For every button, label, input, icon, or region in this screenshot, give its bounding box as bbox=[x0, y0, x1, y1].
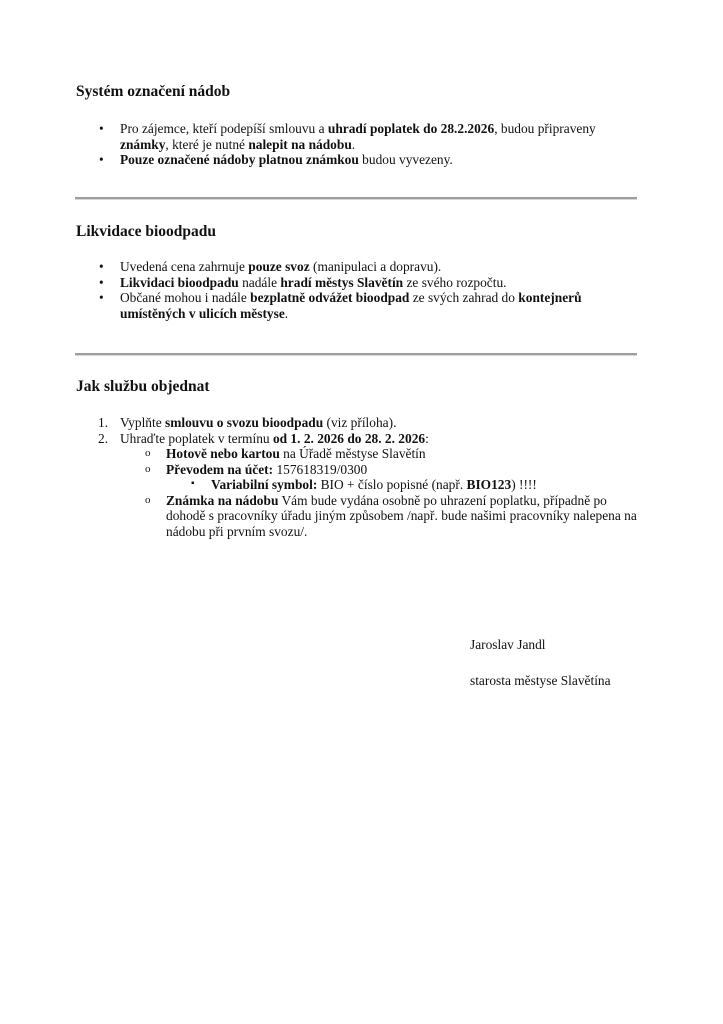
bold-text: známky bbox=[120, 137, 165, 152]
bold-text: Variabilní symbol: bbox=[211, 477, 317, 492]
text: (manipulaci a dopravu). bbox=[310, 259, 442, 274]
section-heading-likvidace: Likvidace bioodpadu bbox=[76, 224, 216, 240]
list-marker: o bbox=[145, 493, 151, 509]
text: . bbox=[285, 306, 288, 321]
sub-list: oHotově nebo kartou na Úřadě městyse Sla… bbox=[120, 446, 641, 539]
sub-list-item: oZnámka na nádobu Vám bude vydána osobně… bbox=[120, 493, 641, 540]
sub-list-item: oPřevodem na účet: 157618319/0300▪Variab… bbox=[120, 462, 641, 493]
list-marker: o bbox=[145, 446, 151, 462]
bold-text: Převodem na účet: bbox=[166, 462, 273, 477]
text: Občané mohou i nadále bbox=[120, 290, 250, 305]
text: BIO + číslo popisné (např. bbox=[317, 477, 466, 492]
list-item: •Pro zájemce, kteří podepíší smlouvu a u… bbox=[76, 121, 641, 152]
text: Uvedená cena zahrnuje bbox=[120, 259, 248, 274]
sub-sub-list-item: ▪Variabilní symbol: BIO + číslo popisné … bbox=[166, 477, 641, 493]
text: nadále bbox=[239, 275, 281, 290]
list-marker: 2. bbox=[98, 431, 108, 447]
bold-text: BIO123 bbox=[467, 477, 512, 492]
text: ze svých zahrad do bbox=[409, 290, 518, 305]
bold-text: pouze svoz bbox=[248, 259, 309, 274]
text: Uhraďte poplatek v termínu bbox=[120, 431, 273, 446]
horizontal-rule bbox=[75, 353, 637, 356]
sub-list-item: oHotově nebo kartou na Úřadě městyse Sla… bbox=[120, 446, 641, 462]
bold-text: Hotově nebo kartou bbox=[166, 446, 280, 461]
text: Pro zájemce, kteří podepíší smlouvu a bbox=[120, 121, 328, 136]
list-oznaceni: •Pro zájemce, kteří podepíší smlouvu a u… bbox=[76, 121, 641, 168]
list-likvidace: •Uvedená cena zahrnuje pouze svoz (manip… bbox=[76, 259, 641, 321]
section-heading-oznaceni: Systém označení nádob bbox=[76, 84, 230, 100]
bold-text: smlouvu o svozu bioodpadu bbox=[165, 415, 323, 430]
bold-text: nalepit na nádobu bbox=[248, 137, 351, 152]
bold-text: Likvidaci bioodpadu bbox=[120, 275, 239, 290]
list-objednat: 1.Vyplňte smlouvu o svozu bioodpadu (viz… bbox=[76, 415, 641, 539]
list-item: •Občané mohou i nadále bezplatně odvážet… bbox=[76, 290, 641, 321]
bold-text: hradí městys Slavětín bbox=[280, 275, 403, 290]
signature-title: starosta městyse Slavětína bbox=[470, 673, 611, 689]
text: budou vyvezeny. bbox=[359, 152, 453, 167]
text: : bbox=[425, 431, 429, 446]
list-item: •Pouze označené nádoby platnou známkou b… bbox=[76, 152, 641, 168]
text: ) !!!! bbox=[511, 477, 537, 492]
text: , budou připraveny bbox=[494, 121, 596, 136]
list-marker: • bbox=[99, 152, 104, 168]
signature-name: Jaroslav Jandl bbox=[470, 637, 546, 653]
bold-text: Známka na nádobu bbox=[166, 493, 278, 508]
list-marker: • bbox=[99, 275, 104, 291]
text: , které je nutné bbox=[165, 137, 248, 152]
bold-text: bezplatně odvážet bioodpad bbox=[250, 290, 409, 305]
text: ze svého rozpočtu. bbox=[403, 275, 506, 290]
list-marker: 1. bbox=[98, 415, 108, 431]
list-item: •Uvedená cena zahrnuje pouze svoz (manip… bbox=[76, 259, 641, 275]
text: 157618319/0300 bbox=[273, 462, 367, 477]
sub-sub-list: ▪Variabilní symbol: BIO + číslo popisné … bbox=[166, 477, 641, 493]
list-marker: ▪ bbox=[191, 476, 195, 492]
bold-text: Pouze označené nádoby platnou známkou bbox=[120, 152, 359, 167]
text: . bbox=[352, 137, 355, 152]
text: (viz příloha). bbox=[323, 415, 396, 430]
document-page: Systém označení nádob •Pro zájemce, kteř… bbox=[0, 0, 723, 1024]
horizontal-rule bbox=[75, 197, 637, 200]
list-item: 1.Vyplňte smlouvu o svozu bioodpadu (viz… bbox=[76, 415, 641, 431]
list-item: 2.Uhraďte poplatek v termínu od 1. 2. 20… bbox=[76, 431, 641, 540]
section-heading-objednat: Jak službu objednat bbox=[76, 379, 210, 395]
bold-text: uhradí poplatek do 28.2.2026 bbox=[328, 121, 494, 136]
list-marker: • bbox=[99, 121, 104, 137]
text: Vyplňte bbox=[120, 415, 165, 430]
list-item: •Likvidaci bioodpadu nadále hradí městys… bbox=[76, 275, 641, 291]
list-marker: • bbox=[99, 259, 104, 275]
text: na Úřadě městyse Slavětín bbox=[280, 446, 426, 461]
list-marker: • bbox=[99, 290, 104, 306]
list-marker: o bbox=[145, 462, 151, 478]
bold-text: od 1. 2. 2026 do 28. 2. 2026 bbox=[273, 431, 425, 446]
